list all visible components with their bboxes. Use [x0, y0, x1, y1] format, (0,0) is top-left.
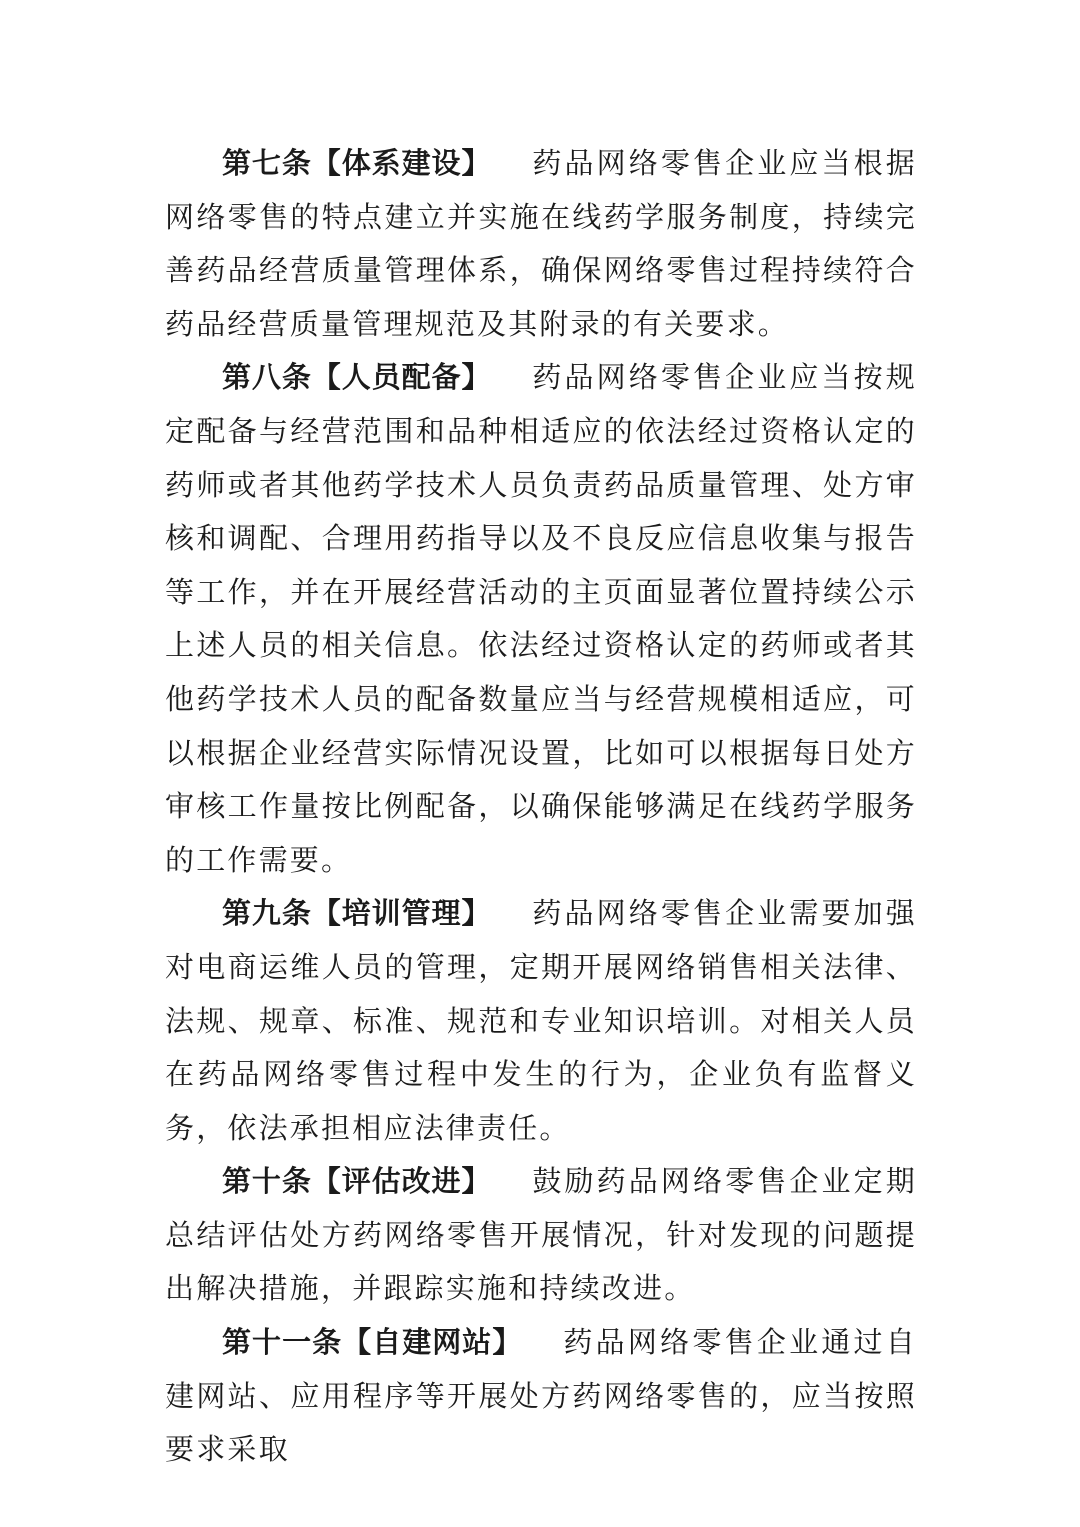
article-heading: 第十一条【自建网站】 [222, 1325, 522, 1359]
article-heading: 第七条【体系建设】 [222, 146, 491, 180]
article-body: 药品网络零售企业应当按规定配备与经营范围和品种相适应的依法经过资格认定的药师或者… [165, 360, 917, 876]
article-11: 第十一条【自建网站】药品网络零售企业通过自建网站、应用程序等开展处方药网络零售的… [165, 1316, 917, 1477]
article-heading: 第十条【评估改进】 [222, 1164, 491, 1198]
article-heading: 第九条【培训管理】 [222, 896, 491, 930]
article-10: 第十条【评估改进】鼓励药品网络零售企业定期总结评估处方药网络零售开展情况，针对发… [165, 1155, 917, 1316]
article-9: 第九条【培训管理】药品网络零售企业需要加强对电商运维人员的管理，定期开展网络销售… [165, 887, 917, 1155]
article-body: 药品网络零售企业需要加强对电商运维人员的管理，定期开展网络销售相关法律、法规、规… [165, 896, 917, 1144]
article-7: 第七条【体系建设】药品网络零售企业应当根据网络零售的特点建立并实施在线药学服务制… [165, 137, 917, 351]
document-page: 第七条【体系建设】药品网络零售企业应当根据网络零售的特点建立并实施在线药学服务制… [165, 137, 917, 1477]
article-8: 第八条【人员配备】药品网络零售企业应当按规定配备与经营范围和品种相适应的依法经过… [165, 351, 917, 887]
article-heading: 第八条【人员配备】 [222, 360, 491, 394]
